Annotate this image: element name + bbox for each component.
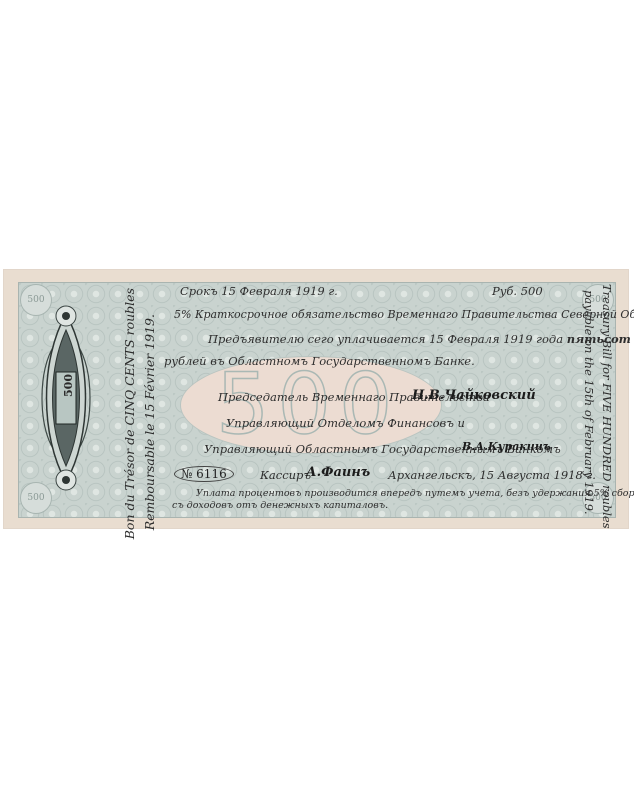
term-date: Срокъ 15 Февраля 1919 г. <box>180 284 338 298</box>
serial-number: № 6116 <box>174 466 234 482</box>
lozenge-ornament <box>40 300 92 496</box>
bank-manager-signature: В.А.Куракинъ <box>462 440 551 453</box>
amount-figure: Руб. 500 <box>492 284 543 298</box>
french-text-line-2: Remboursable le 15 Février 1919. <box>142 314 157 530</box>
chairman-signature: Н.В.Чайковский <box>412 388 536 403</box>
bank-line: рублей въ Областномъ Государственномъ Ба… <box>164 354 475 368</box>
french-text-line-1: Bon du Trésor de CINQ CENTS roubles <box>122 288 137 539</box>
obligation-title: 5% Краткосрочное обязательство Временнаг… <box>174 308 634 321</box>
corner-counter-top-left: 500 <box>20 284 52 316</box>
finance-label: Управляющий Отделомъ Финансовъ и <box>226 416 465 430</box>
corner-counter-bottom-left: 500 <box>20 482 52 514</box>
payment-line-prefix: Предъявителю сего уплачивается 15 Феврал… <box>208 332 563 346</box>
lozenge-counter: 500 <box>62 374 75 397</box>
footer-line-1: Уплата процентовъ производится впередъ п… <box>196 488 634 499</box>
place-and-date: Архангельскъ, 15 Августа 1918 г. <box>388 468 596 482</box>
cashier-signature: А.Фаинъ <box>306 465 370 480</box>
amount-in-words: пятьсот <box>567 332 631 346</box>
center-denomination: 500 <box>216 356 396 452</box>
payment-line: Предъявителю сего уплачивается 15 Феврал… <box>208 332 631 346</box>
cashier-label: Кассиръ <box>260 468 311 482</box>
footer-line-2: съ доходовъ отъ денежныхъ капиталовъ. <box>172 500 388 511</box>
banknote: 500 500 500 500 500 Bon du Trésor de CIN… <box>4 270 628 528</box>
